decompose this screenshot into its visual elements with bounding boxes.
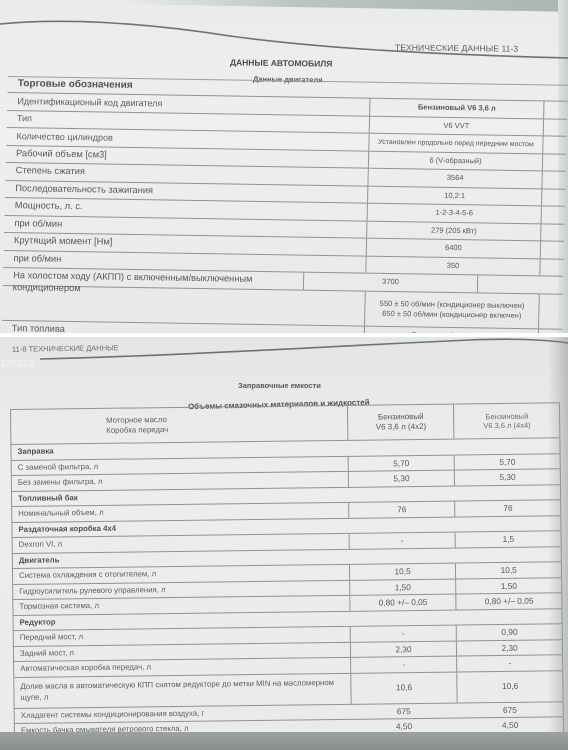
value-4x4: 675 [457, 702, 564, 718]
value-4x4: 1,50 [456, 578, 563, 594]
value-4x2: 2,30 [350, 641, 457, 657]
table-body: ЗаправкаС заменой фильтра, л5,705,70Без … [11, 438, 564, 750]
row-value: Бензиновый V6 3,6 л [369, 99, 544, 118]
empty-cell [347, 438, 560, 455]
value-4x2: 5,30 [348, 471, 455, 487]
row-label: Последовательность зажигания [5, 183, 367, 200]
row-label: Идентификационый код двигателя [7, 96, 369, 113]
row-value: V6 VVT [369, 116, 544, 135]
empty-cell [349, 547, 562, 564]
engine-data-table: Торговые обозначения Идентификационый ко… [2, 76, 568, 333]
row-label: Тип топлива [2, 323, 364, 333]
col1-line2: V6 3,6 л (4x2) [376, 422, 427, 433]
photo-timestamp: 2020/1/30 14:19 [465, 316, 556, 327]
row-value: 350 [365, 256, 540, 275]
value-4x4: 5,30 [454, 469, 561, 485]
value-4x2: - [348, 533, 455, 549]
value-4x4: 0,90 [456, 624, 563, 640]
col2-line2: V6 3,6 л (4x4) [483, 421, 530, 431]
row-label: На холостом ходу (АКПП) с включенным/вык… [3, 268, 304, 298]
row-label: Долив масла в автоматическую КПП снятом … [14, 673, 350, 707]
value-4x4: 10,5 [455, 562, 562, 578]
value-4x4: 76 [455, 500, 562, 516]
capacities-table: Моторное масло Коробка передач Бензиновы… [10, 402, 564, 750]
row-value [370, 83, 545, 101]
value-4x4: 2,30 [456, 640, 563, 656]
rotated-timestamp: 2020/1/ [0, 357, 35, 367]
row-value: 10,2:1 [367, 186, 542, 205]
row-label: Мощность, л. с. [5, 200, 367, 217]
row-label: при об/мин [4, 218, 366, 235]
row-value: 3700 [303, 273, 478, 292]
value-4x2: 5,70 [347, 455, 454, 471]
row-value: 1-2-3-4-5-6 [367, 204, 542, 223]
value-4x4: 1,5 [455, 531, 562, 547]
row-label: Крутящий момент [Нм] [4, 235, 366, 252]
row-value: Установлен продольно перед передним мост… [368, 134, 543, 153]
row-label: Количество цилиндров [6, 131, 368, 148]
value-4x4: 10,6 [457, 671, 564, 702]
row-label: Степень сжатия [6, 165, 368, 182]
value-4x2: 675 [350, 703, 457, 719]
running-header: ТЕХНИЧЕСКИЕ ДАННЫЕ 11-3 [395, 42, 518, 53]
photo-page-11-3: ТЕХНИЧЕСКИЕ ДАННЫЕ 11-3 ДАННЫЕ АВТОМОБИЛ… [0, 0, 568, 333]
row-label: Тип [7, 113, 369, 130]
col2-line1: Бензиновый [485, 411, 528, 421]
value-4x2: 10,6 [350, 672, 457, 703]
row-value: 6400 [366, 239, 541, 258]
value-4x2: 10,5 [349, 564, 456, 580]
empty-cell [348, 485, 561, 502]
background-edge [0, 732, 568, 750]
empty-cell [348, 516, 561, 533]
column-header-4x4: Бензиновый V6 3,6 л (4x4) [453, 403, 560, 438]
value-4x2: - [350, 657, 457, 673]
value-4x4: 0,80 +/– 0,05 [456, 593, 563, 609]
empty-cell [349, 609, 562, 626]
row-value: 6 (V-образный) [368, 151, 543, 170]
row-label: Рабочий объем [см3] [6, 148, 368, 165]
row-label: при об/мин [3, 253, 365, 270]
running-header: 11-8 ТЕХНИЧЕСКИЕ ДАННЫЕ [12, 343, 119, 353]
value-4x2: 0,80 +/– 0,05 [349, 595, 456, 611]
value-4x4: 4,50 [457, 717, 564, 733]
value-4x2: 76 [348, 502, 455, 518]
col1-line1: Бензиновый [378, 412, 424, 423]
value-4x4: 5,70 [454, 454, 561, 470]
section-title: Заправочные емкости [238, 381, 321, 390]
section-title: ДАННЫЕ АВТОМОБИЛЯ [230, 57, 332, 68]
column-header-4x2: Бензиновый V6 3,6 л (4x2) [347, 405, 454, 440]
photo-page-11-8: 11-8 ТЕХНИЧЕСКИЕ ДАННЫЕ 2020/1/ Заправоч… [0, 337, 568, 750]
header-gearbox: Коробка передач [106, 425, 168, 436]
value-4x2: 1,50 [349, 579, 456, 595]
row-value: 3564 [367, 169, 542, 188]
value-4x2: - [349, 626, 456, 642]
row-value: 279 (205 кВт) [366, 221, 541, 240]
header-label: Моторное масло Коробка передач [11, 406, 347, 444]
value-4x4: - [456, 655, 563, 671]
